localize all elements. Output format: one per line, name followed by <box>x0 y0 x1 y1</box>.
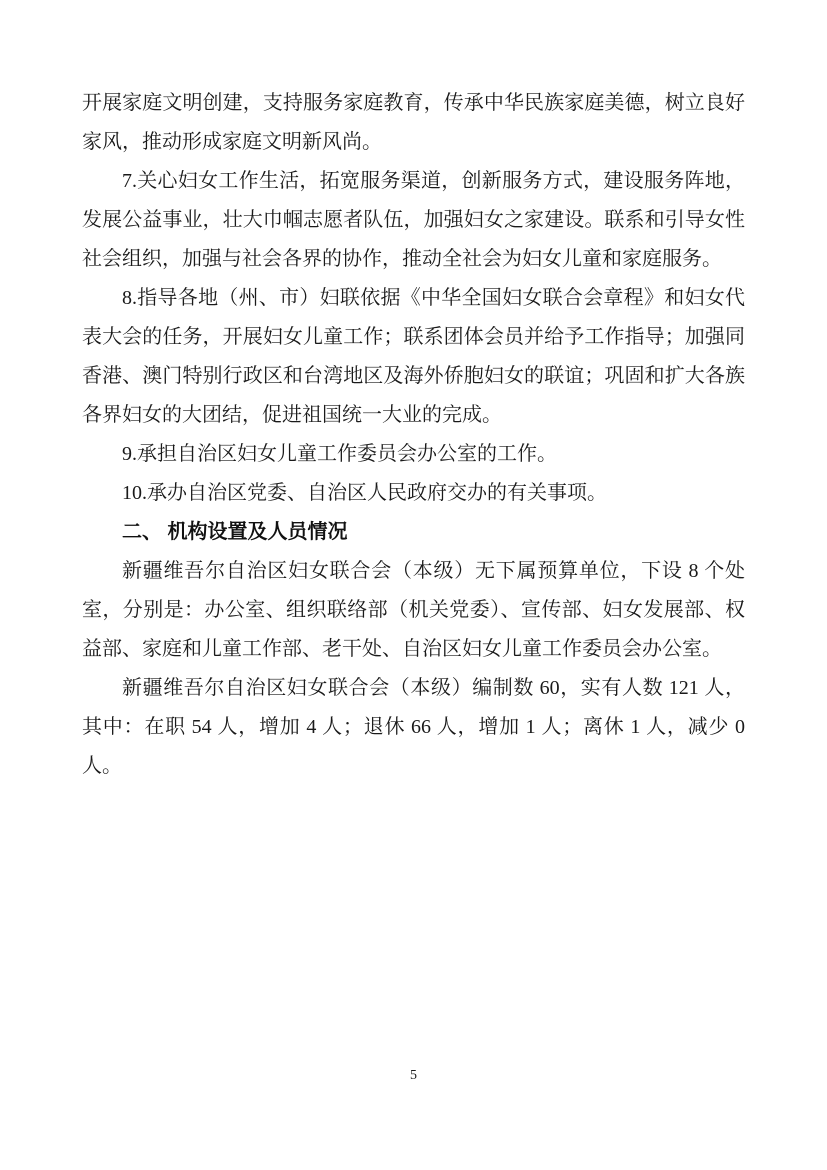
page-footer: 5 <box>0 1066 827 1086</box>
paragraph-org-structure: 新疆维吾尔自治区妇女联合会（本级）无下属预算单位，下设 8 个处室，分别是：办公… <box>82 552 745 669</box>
section-heading-organization-staffing: 二、 机构设置及人员情况 <box>82 513 745 552</box>
paragraph-item-7: 7.关心妇女工作生活，拓宽服务渠道，创新服务方式，建设服务阵地，发展公益事业，壮… <box>82 162 745 279</box>
paragraph-continuation-family-civility: 开展家庭文明创建，支持服务家庭教育，传承中华民族家庭美德，树立良好家风，推动形成… <box>82 84 745 162</box>
paragraph-item-10: 10.承办自治区党委、自治区人民政府交办的有关事项。 <box>82 474 745 513</box>
page-number: 5 <box>410 1068 417 1083</box>
paragraph-item-8: 8.指导各地（州、市）妇联依据《中华全国妇女联合会章程》和妇女代表大会的任务，开… <box>82 279 745 435</box>
paragraph-item-9: 9.承担自治区妇女儿童工作委员会办公室的工作。 <box>82 435 745 474</box>
document-page: 开展家庭文明创建，支持服务家庭教育，传承中华民族家庭美德，树立良好家风，推动形成… <box>0 0 827 1170</box>
paragraph-staffing-numbers: 新疆维吾尔自治区妇女联合会（本级）编制数 60，实有人数 121 人，其中：在职… <box>82 669 745 786</box>
document-body: 开展家庭文明创建，支持服务家庭教育，传承中华民族家庭美德，树立良好家风，推动形成… <box>82 84 745 786</box>
